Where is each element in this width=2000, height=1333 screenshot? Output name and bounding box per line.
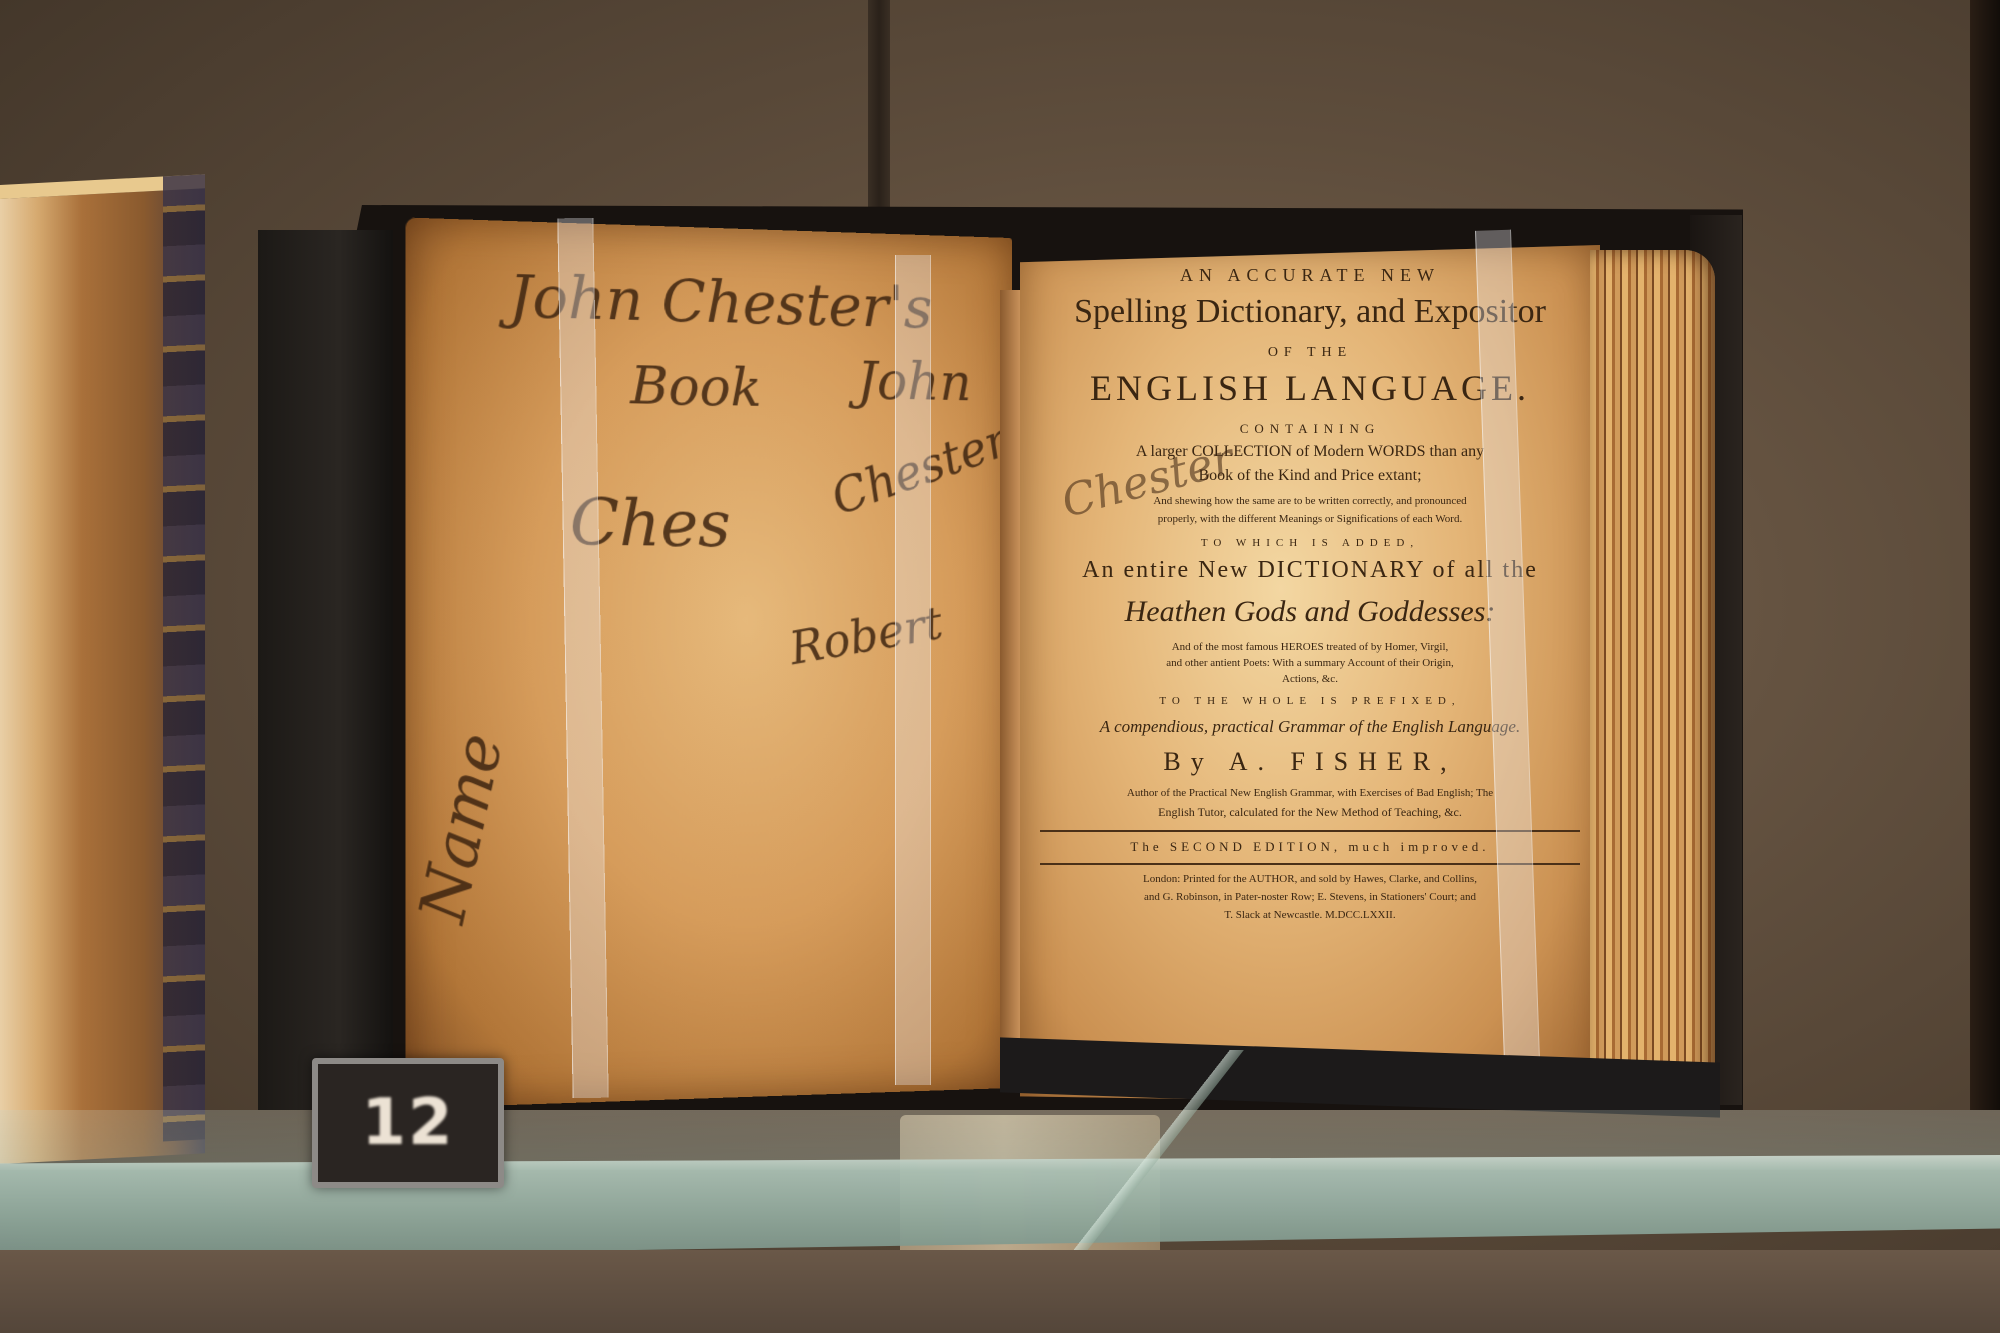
adjacent-book bbox=[0, 174, 205, 1164]
handwriting-line: Book bbox=[630, 356, 761, 419]
lower-case-area bbox=[0, 1250, 2000, 1333]
cradle-left-panel bbox=[258, 230, 393, 1110]
exhibit-number: 12 bbox=[361, 1086, 454, 1160]
exhibit-number-label: 12 bbox=[312, 1058, 504, 1188]
handwriting-line: Name bbox=[406, 727, 518, 928]
title-line: AN ACCURATE NEW bbox=[1020, 265, 1600, 286]
display-case-frame bbox=[1970, 0, 2000, 1110]
mylar-strap bbox=[895, 255, 931, 1085]
page-block-edges bbox=[1590, 250, 1715, 1100]
